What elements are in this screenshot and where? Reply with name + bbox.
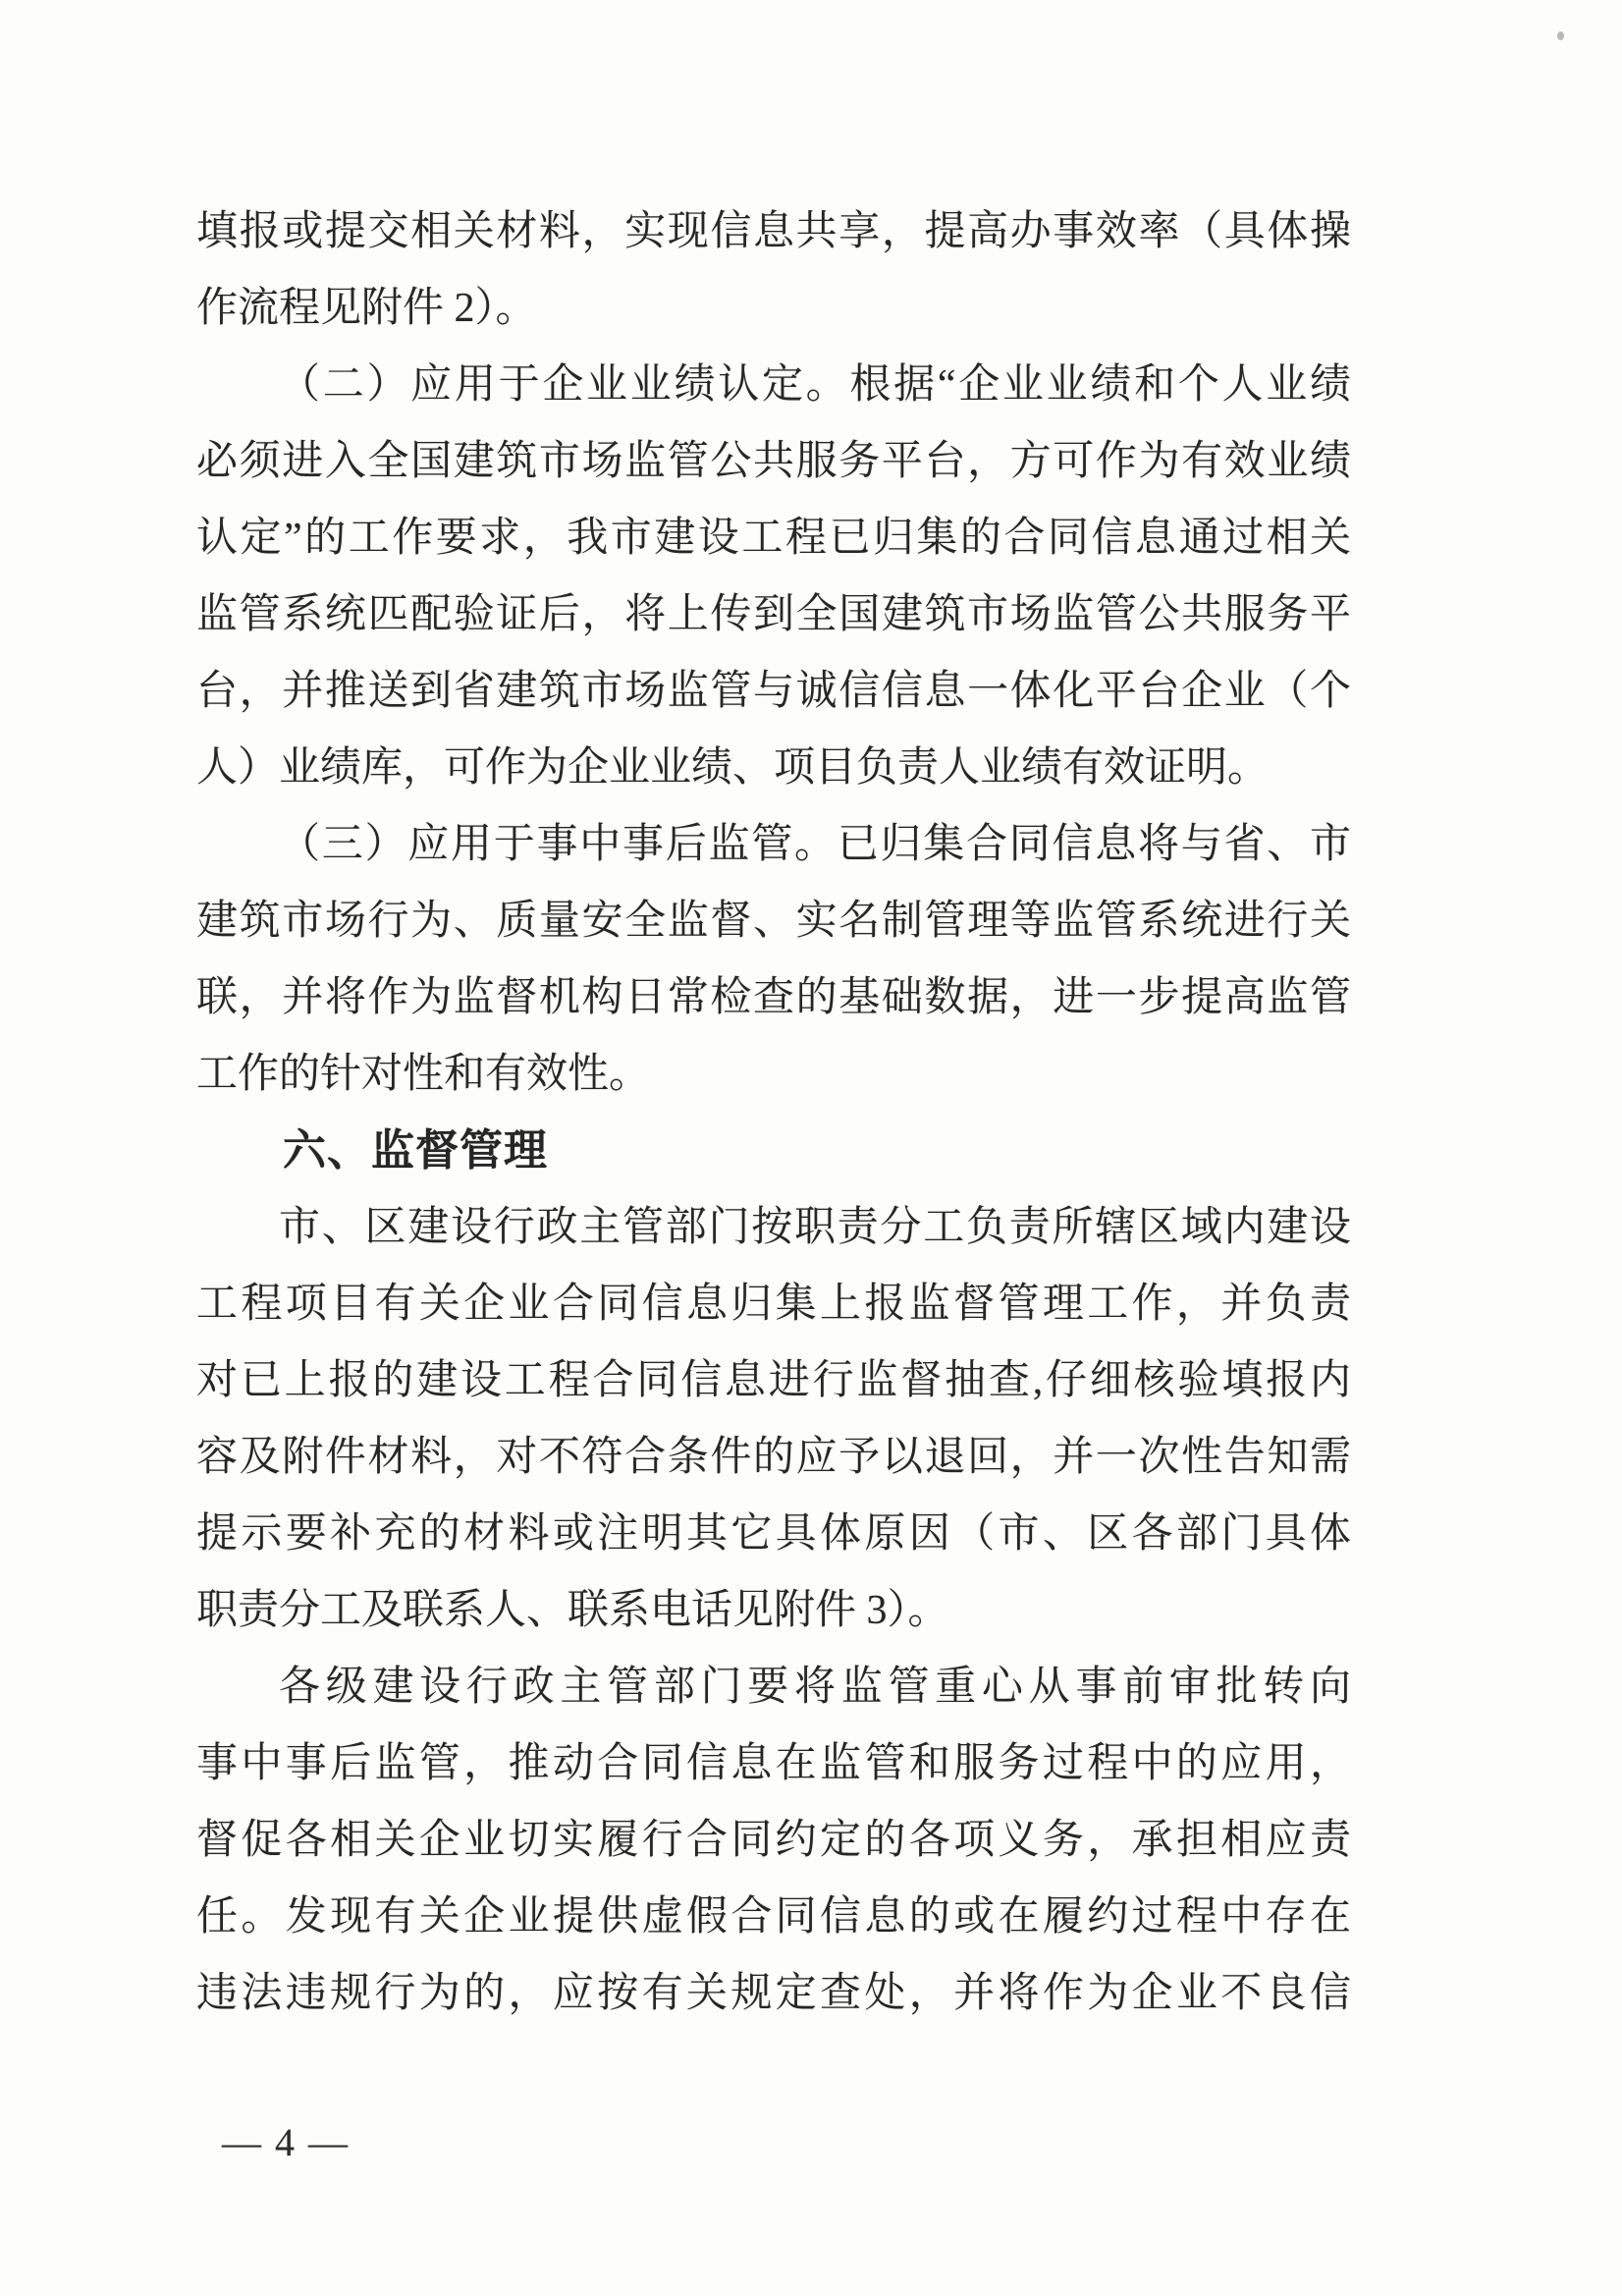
text-line: （三）应用于事中事后监管。已归集合同信息将与省、市 — [196, 806, 1351, 883]
text-line: 各级建设行政主管部门要将监管重心从事前审批转向 — [196, 1649, 1351, 1725]
text-line: 认定”的工作要求，我市建设工程已归集的合同信息通过相关 — [196, 500, 1351, 576]
text-line: 联，并将作为监督机构日常检查的基础数据，进一步提高监管 — [196, 959, 1351, 1036]
text-line: 市、区建设行政主管部门按职责分工负责所辖区域内建设 — [196, 1189, 1351, 1266]
text-line: 对已上报的建设工程合同信息进行监督抽查,仔细核验填报内 — [196, 1342, 1351, 1419]
text-line: 工作的针对性和有效性。 — [196, 1036, 1351, 1113]
text-line: 职责分工及联系人、联系电话见附件 3）。 — [196, 1572, 1351, 1649]
text-line: 任。发现有关企业提供虚假合同信息的或在履约过程中存在 — [196, 1879, 1351, 1955]
text-line: 工程项目有关企业合同信息归集上报监督管理工作，并负责 — [196, 1266, 1351, 1342]
page-number: — 4 — — [222, 2117, 350, 2168]
text-line: 监管系统匹配验证后，将上传到全国建筑市场监管公共服务平 — [196, 576, 1351, 653]
text-line: 督促各相关企业切实履行合同约定的各项义务，承担相应责 — [196, 1802, 1351, 1879]
text-line: 填报或提交相关材料，实现信息共享，提高办事效率（具体操 — [196, 193, 1351, 270]
text-line: 提示要补充的材料或注明其它具体原因（市、区各部门具体 — [196, 1496, 1351, 1572]
text-line: 必须进入全国建筑市场监管公共服务平台，方可作为有效业绩 — [196, 423, 1351, 500]
text-line: 违法违规行为的，应按有关规定查处，并将作为企业不良信 — [196, 1955, 1351, 2032]
scan-artifact — [1557, 31, 1564, 40]
text-line: 容及附件材料，对不符合条件的应予以退回，并一次性告知需 — [196, 1419, 1351, 1496]
text-line: 人）业绩库，可作为企业业绩、项目负责人业绩有效证明。 — [196, 730, 1351, 806]
text-line: 作流程见附件 2）。 — [196, 270, 1351, 347]
text-line: 事中事后监管，推动合同信息在监管和服务过程中的应用， — [196, 1725, 1351, 1802]
document-page: 填报或提交相关材料，实现信息共享，提高办事效率（具体操作流程见附件 2）。（二）… — [0, 0, 1622, 2296]
document-body: 填报或提交相关材料，实现信息共享，提高办事效率（具体操作流程见附件 2）。（二）… — [196, 193, 1351, 2032]
text-line: 建筑市场行为、质量安全监督、实名制管理等监管系统进行关 — [196, 883, 1351, 959]
text-line: （二）应用于企业业绩认定。根据“企业业绩和个人业绩 — [196, 347, 1351, 423]
text-line: 台，并推送到省建筑市场监管与诚信信息一体化平台企业（个 — [196, 653, 1351, 730]
section-heading: 六、监督管理 — [196, 1113, 1351, 1189]
